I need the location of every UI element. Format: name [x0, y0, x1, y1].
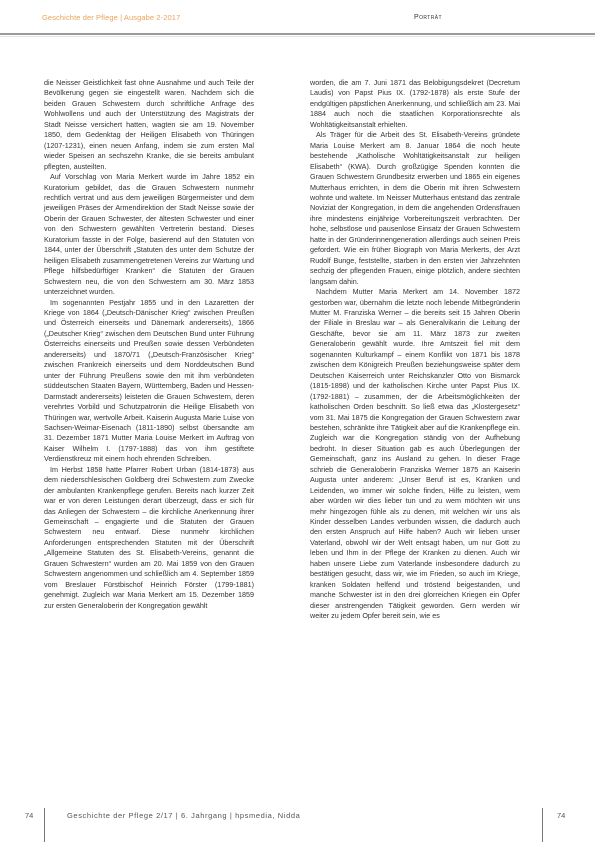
paragraph: worden, die am 7. Juni 1871 das Belobigu… [310, 78, 520, 130]
paragraph: die Neisser Geistlichkeit fast ohne Ausn… [44, 78, 254, 172]
footer-divider-left [44, 808, 45, 842]
paragraph: Als Träger für die Arbeit des St. Elisab… [310, 130, 520, 287]
page-footer: 74 Geschichte der Pflege 2/17 | 6. Jahrg… [0, 808, 595, 842]
page-number-left: 74 [25, 811, 33, 820]
left-text-column: die Neisser Geistlichkeit fast ohne Ausn… [44, 78, 254, 611]
page-number-right: 74 [557, 811, 565, 820]
page-header: Geschichte der Pflege | Ausgabe 2-2017 P… [0, 0, 595, 38]
right-text-column: worden, die am 7. Juni 1871 das Belobigu… [310, 78, 520, 622]
paragraph: Im Herbst 1858 hatte Pfarrer Robert Urba… [44, 465, 254, 611]
footer-divider-right [542, 808, 543, 842]
paragraph: Nachdem Mutter Maria Merkert am 14. Nove… [310, 287, 520, 622]
footer-citation: Geschichte der Pflege 2/17 | 6. Jahrgang… [67, 811, 300, 820]
header-divider-shadow [0, 36, 595, 37]
section-label: Porträt [414, 14, 442, 21]
header-divider [0, 33, 595, 35]
paragraph: Auf Vorschlag von Maria Merkert wurde im… [44, 172, 254, 297]
paragraph: Im sogenannten Pestjahr 1855 und in den … [44, 298, 254, 465]
journal-running-title: Geschichte der Pflege | Ausgabe 2-2017 [42, 13, 180, 22]
